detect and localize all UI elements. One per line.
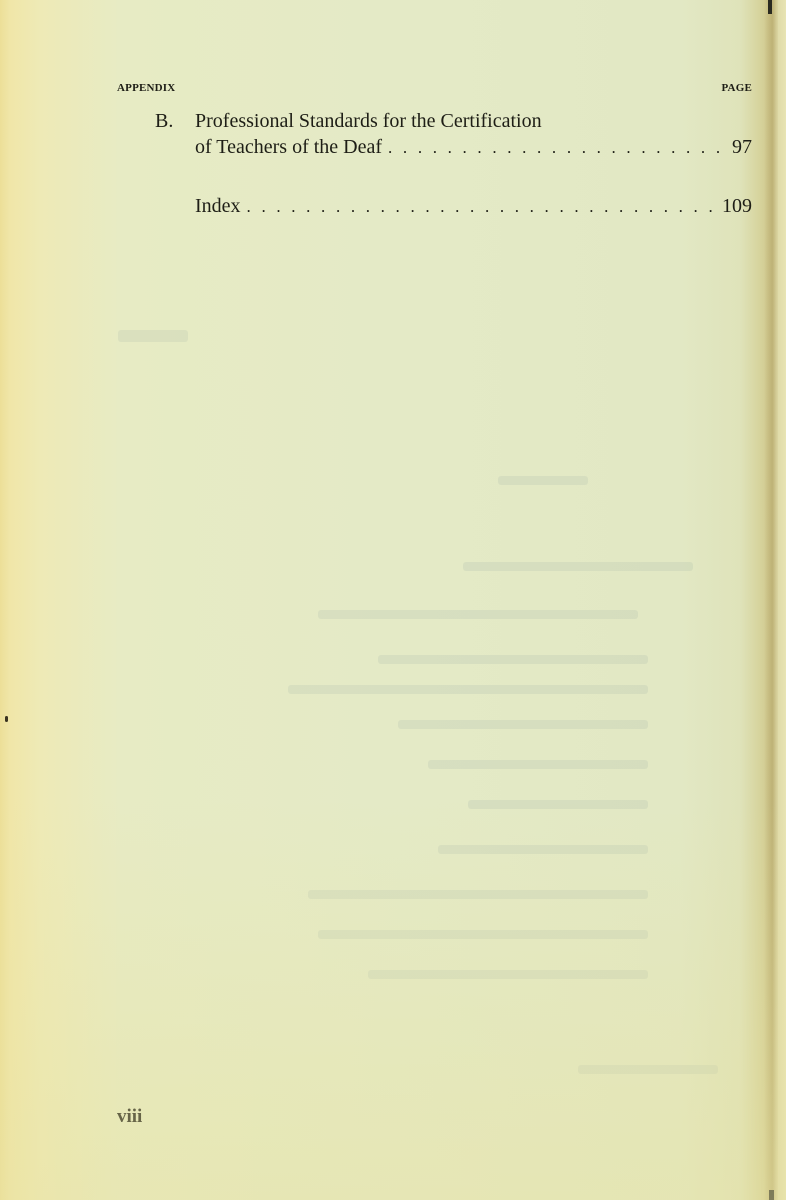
toc-entry: Index . . . . . . . . . . . . . . . . . … — [155, 193, 752, 220]
running-header: APPENDIX PAGE — [117, 82, 752, 94]
leader-dots: . . . . . . . . . . . . . . . . . . . . … — [388, 135, 726, 161]
edge-mark — [768, 0, 772, 14]
book-page: APPENDIX PAGE B. Professional Standards … — [0, 0, 786, 1200]
entry-page-number: 97 — [732, 134, 752, 160]
entry-page-number: 109 — [722, 193, 752, 219]
entry-letter: B. — [155, 108, 173, 134]
binding-shadow — [764, 0, 778, 1200]
entry-title: Index — [195, 193, 241, 219]
page-column-label: PAGE — [721, 82, 752, 94]
leader-dots: . . . . . . . . . . . . . . . . . . . . … — [247, 194, 716, 220]
appendix-label: APPENDIX — [117, 82, 175, 94]
entry-title: Professional Standards for the Certifica… — [195, 108, 752, 134]
paper-speck — [5, 716, 8, 722]
toc-entry: B. Professional Standards for the Certif… — [155, 108, 752, 161]
entry-title-continued: of Teachers of the Deaf — [195, 134, 382, 160]
page-folio: viii — [117, 1106, 142, 1128]
bleed-through-texture — [118, 250, 758, 1090]
edge-mark — [769, 1190, 774, 1200]
